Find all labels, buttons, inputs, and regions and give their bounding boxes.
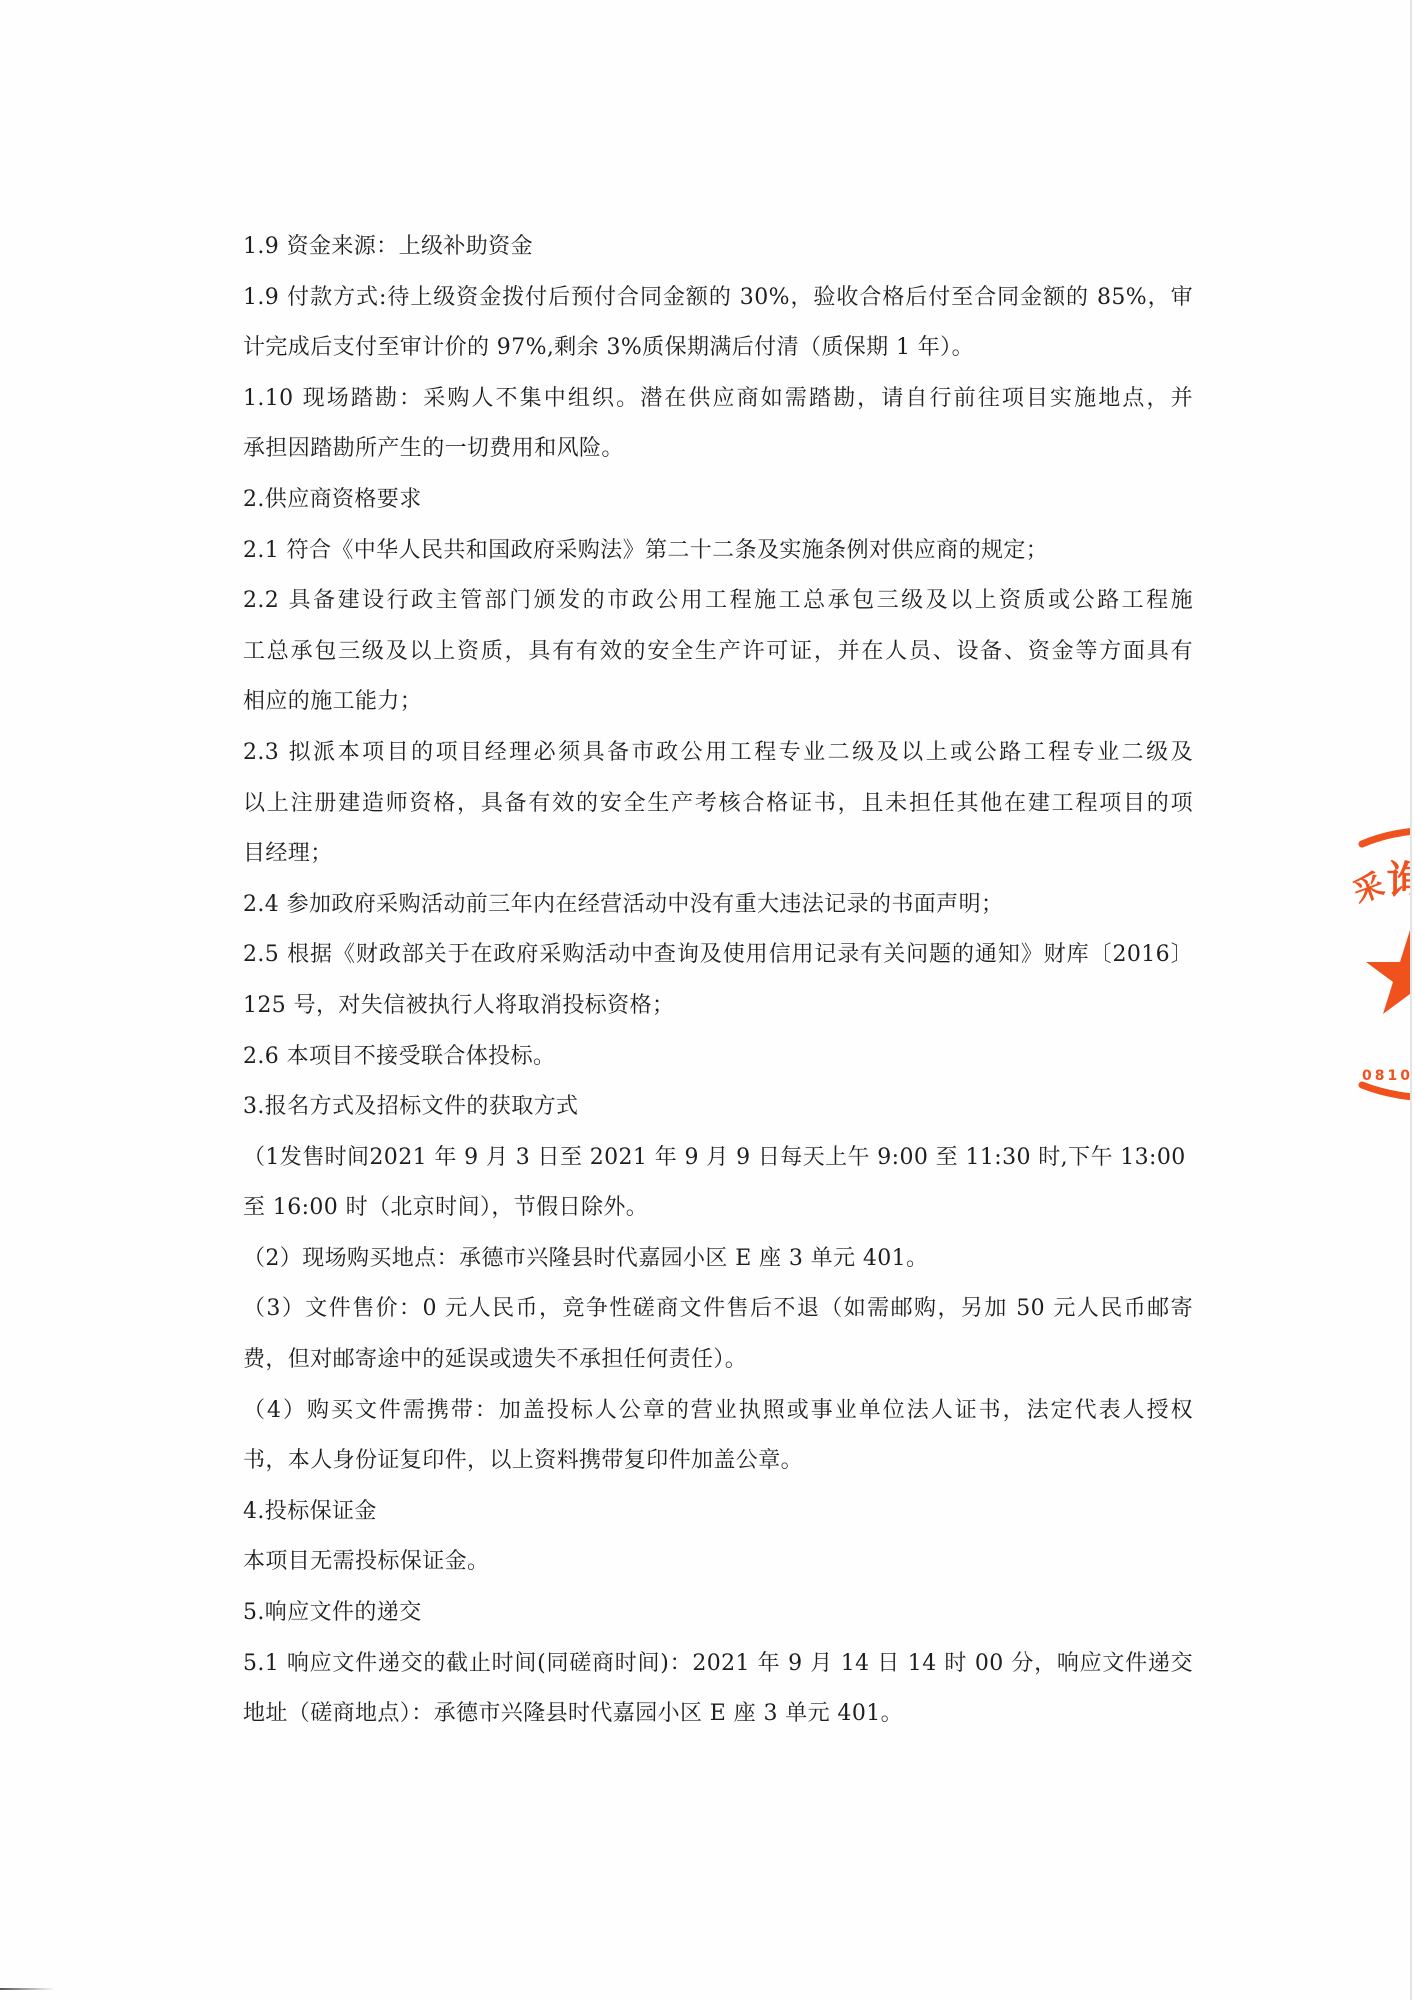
text-line-2-4: 2.4 参加政府采购活动前三年内在经营活动中没有重大违法记录的书面声明；	[243, 880, 1193, 931]
text-line-2-6: 2.6 本项目不接受联合体投标。	[243, 1032, 1193, 1083]
text-line-funding-source: 1.9 资金来源：上级补助资金	[243, 222, 1193, 273]
section-heading-submission: 5.响应文件的递交	[243, 1588, 1193, 1639]
page-edge-line	[1410, 0, 1412, 2000]
text-line-2-5: 2.5 根据《财政部关于在政府采购活动中查询及使用信用记录有关问题的通知》财库〔…	[243, 930, 1193, 981]
text-line-document-price: （3）文件售价：0 元人民币，竞争性磋商文件售后不退（如需邮购，另加 50 元人…	[243, 1284, 1193, 1335]
section-heading-supplier-qualifications: 2.供应商资格要求	[243, 475, 1193, 526]
text-line-bid-bond: 本项目无需投标保证金。	[243, 1537, 1193, 1588]
text-line-purchase-location: （2）现场购买地点：承德市兴隆县时代嘉园小区 E 座 3 单元 401。	[243, 1234, 1193, 1285]
text-line-payment-method-cont: 计完成后支付至审计价的 97%,剩余 3%质保期满后付清（质保期 1 年）。	[243, 323, 1193, 374]
section-heading-registration: 3.报名方式及招标文件的获取方式	[243, 1082, 1193, 1133]
text-line-2-2: 2.2 具备建设行政主管部门颁发的市政公用工程施工总承包三级及以上资质或公路工程…	[243, 576, 1193, 627]
section-heading-bid-bond: 4.投标保证金	[243, 1487, 1193, 1538]
text-line-2-3-end: 目经理；	[243, 829, 1193, 880]
text-line-required-materials-cont: 书，本人身份证复印件，以上资料携带复印件加盖公章。	[243, 1436, 1193, 1487]
text-line-payment-method: 1.9 付款方式:待上级资金拨付后预付合同金额的 30%，验收合格后付至合同金额…	[243, 273, 1193, 324]
text-line-required-materials: （4）购买文件需携带：加盖投标人公章的营业执照或事业单位法人证书，法定代表人授权	[243, 1386, 1193, 1437]
svg-text:采: 采	[1349, 867, 1389, 910]
svg-text:询: 询	[1386, 858, 1411, 904]
text-line-sale-time-cont: 至 16:00 时（北京时间），节假日除外。	[243, 1183, 1193, 1234]
seal-icon: 采 询 0810	[1340, 800, 1411, 1140]
text-line-2-2-end: 相应的施工能力；	[243, 677, 1193, 728]
text-line-2-3: 2.3 拟派本项目的项目经理必须具备市政公用工程专业二级及以上或公路工程专业二级…	[243, 728, 1193, 779]
text-line-submission-deadline: 5.1 响应文件递交的截止时间(同磋商时间)：2021 年 9 月 14 日 1…	[243, 1639, 1193, 1690]
text-line-2-2-cont: 工总承包三级及以上资质，具有有效的安全生产许可证，并在人员、设备、资金等方面具有	[243, 627, 1193, 678]
svg-text:0810: 0810	[1362, 1068, 1411, 1084]
text-line-site-survey-cont: 承担因踏勘所产生的一切费用和风险。	[243, 424, 1193, 475]
text-line-2-1: 2.1 符合《中华人民共和国政府采购法》第二十二条及实施条例对供应商的规定；	[243, 526, 1193, 577]
document-page: 1.9 资金来源：上级补助资金 1.9 付款方式:待上级资金拨付后预付合同金额的…	[0, 0, 1415, 2000]
text-line-2-3-cont: 以上注册建造师资格，具备有效的安全生产考核合格证书，且未担任其他在建工程项目的项	[243, 779, 1193, 830]
official-seal-stamp: 采 询 0810	[1340, 800, 1411, 1140]
text-line-document-price-cont: 费，但对邮寄途中的延误或遗失不承担任何责任）。	[243, 1335, 1193, 1386]
text-line-2-5-cont: 125 号，对失信被执行人将取消投标资格；	[243, 981, 1193, 1032]
text-line-site-survey: 1.10 现场踏勘：采购人不集中组织。潜在供应商如需踏勘，请自行前往项目实施地点…	[243, 374, 1193, 425]
text-line-submission-address: 地址（磋商地点）：承德市兴隆县时代嘉园小区 E 座 3 单元 401。	[243, 1689, 1193, 1740]
document-body: 1.9 资金来源：上级补助资金 1.9 付款方式:待上级资金拨付后预付合同金额的…	[243, 222, 1193, 1740]
scan-edge-shadow	[0, 1988, 55, 1990]
text-line-sale-time: （1发售时间2021 年 9 月 3 日至 2021 年 9 月 9 日每天上午…	[243, 1133, 1193, 1184]
